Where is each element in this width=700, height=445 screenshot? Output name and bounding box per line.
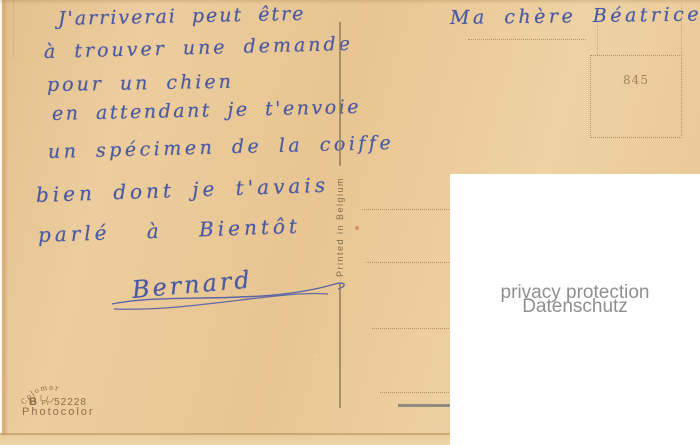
- message-line-1: J'arriverai peut être: [58, 3, 306, 30]
- stamp-box-upper-dotted-left: [597, 25, 598, 55]
- address-line-solid: [398, 404, 451, 407]
- address-line-name: [468, 39, 586, 40]
- privacy-overlay-text: privacy protection Datenschutz: [450, 284, 700, 315]
- privacy-overlay: privacy protection Datenschutz: [450, 174, 700, 445]
- message-line-6: bien dont je t'avais: [36, 173, 330, 207]
- ink-spot: [355, 226, 359, 230]
- privacy-overlay-line2: Datenschutz: [450, 298, 700, 315]
- message-line-4: en attendant je t'envoie: [52, 96, 361, 125]
- address-line-1: [362, 209, 451, 210]
- stamp-box: 845: [590, 55, 682, 138]
- address-line-3: [372, 328, 451, 329]
- message-line-5: un spécimen de la coiffe: [48, 132, 395, 163]
- salutation: Ma chère Béatrice: [450, 3, 700, 29]
- signature-flourish: [110, 278, 350, 312]
- address-line-4: [380, 392, 451, 393]
- paper-crease: [13, 0, 14, 58]
- printed-in-belgium-note: Printed in Belgium: [330, 168, 350, 286]
- stamp-box-upper-dotted-right: [681, 4, 682, 55]
- address-line-2: [366, 262, 451, 263]
- divider-line-top: [339, 22, 341, 166]
- scan-top-edge: [0, 0, 700, 4]
- message-line-3: pour un chien: [47, 71, 234, 96]
- scan-left-edge: [0, 0, 8, 445]
- scan-bottom-strip: [0, 435, 452, 445]
- stamp-box-number: 845: [591, 73, 681, 87]
- divider-line-bottom: [339, 284, 341, 408]
- message-line-7: parlé à Bientôt: [38, 214, 302, 247]
- publisher-name: Photocolor: [22, 406, 95, 418]
- message-line-2: à trouver une demande: [44, 33, 353, 63]
- postcard-scan: J'arriverai peut être à trouver une dema…: [0, 0, 700, 445]
